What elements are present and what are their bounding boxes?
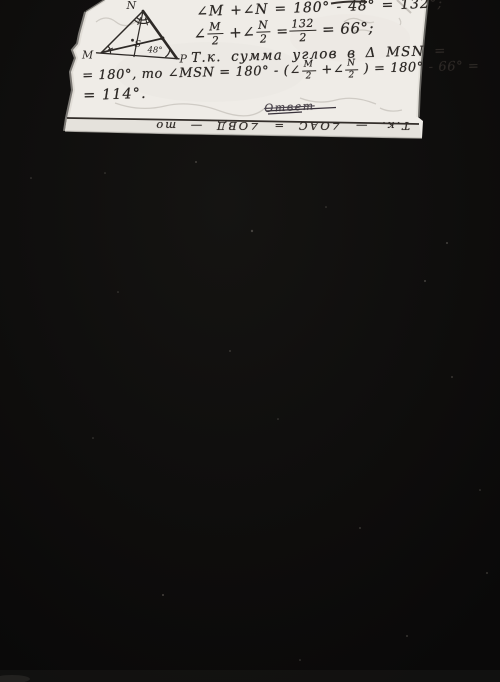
fraction-numerator: 132 — [289, 18, 316, 32]
fraction-denominator: 2 — [208, 34, 224, 47]
fraction-numerator: N — [256, 19, 271, 32]
scanned-homework-photo: N M P S 48° ∠M +∠N = 180° - 48° = 132°; … — [0, 0, 500, 682]
plus-angle-term: +∠ — [229, 23, 256, 42]
fraction-denominator: 2 — [302, 71, 316, 81]
upside-down-note: Т.к. — ∠ОАС = ∠ОВД — то — [66, 119, 410, 133]
fraction-numerator: M — [302, 60, 316, 71]
fraction-numerator: N — [345, 59, 358, 70]
result-term: = 66°; — [322, 19, 375, 39]
angle-term: ∠ — [193, 24, 207, 42]
fraction-n-over-2: N2 — [345, 59, 358, 80]
plus-angle-term: +∠ — [321, 62, 344, 78]
expression-start: = 180°, то ∠MSN = 180° - (∠ — [82, 63, 301, 83]
fraction-denominator: 2 — [256, 32, 271, 44]
fraction-numerator: M — [207, 21, 223, 35]
expression-end: ) = 180° - 66° = — [363, 59, 479, 77]
scan-artwork: N M P S 48° — [0, 0, 500, 682]
scanner-bottom-band — [0, 670, 500, 682]
label-m: M — [81, 49, 94, 62]
fraction-denominator: 2 — [345, 70, 358, 80]
fraction-n-over-2: N2 — [256, 19, 271, 44]
label-s: S — [135, 39, 142, 50]
fraction-m-over-2: M2 — [207, 21, 224, 47]
solution-line-5: = 114°. — [83, 86, 147, 104]
fraction-denominator: 2 — [290, 31, 317, 44]
label-n: N — [126, 0, 137, 12]
crossed-out-word: Ответ — [264, 99, 315, 115]
label-angle-48: 48° — [147, 46, 163, 56]
bisector-arrow-dot — [161, 36, 165, 40]
equals-sign: = — [276, 24, 289, 40]
fraction-132-over-2: 1322 — [289, 18, 316, 44]
fraction-m-over-2: M2 — [302, 60, 316, 81]
point-s-dot — [131, 39, 134, 42]
